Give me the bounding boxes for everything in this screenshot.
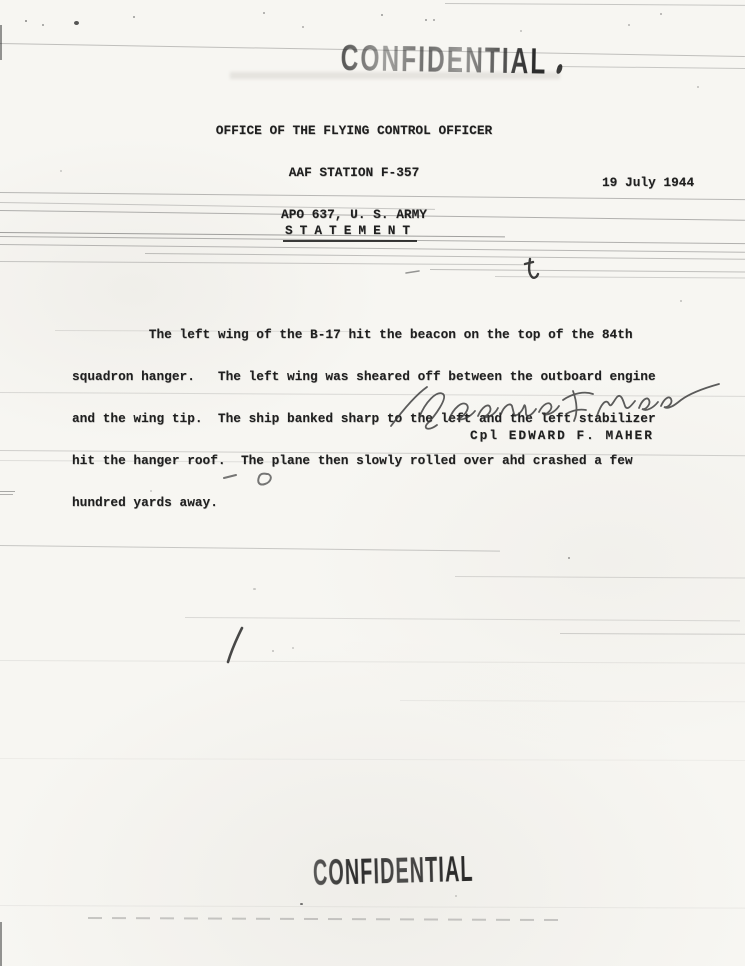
scan-edge-artifact bbox=[0, 922, 2, 966]
scan-speck bbox=[300, 903, 303, 905]
scan-speck bbox=[697, 86, 699, 88]
scan-streak bbox=[0, 244, 745, 253]
scan-streak bbox=[145, 253, 745, 260]
scan-streak bbox=[0, 545, 500, 552]
scan-streak bbox=[0, 758, 745, 761]
scan-streak bbox=[185, 617, 740, 621]
scan-speck bbox=[263, 12, 265, 14]
document-title: STATEMENT bbox=[283, 224, 417, 242]
small-dash-mark bbox=[404, 268, 422, 276]
scan-speck bbox=[425, 19, 427, 21]
pen-stroke-mark bbox=[215, 622, 251, 666]
body-line: hundred yards away. bbox=[72, 496, 722, 510]
scan-speck bbox=[272, 650, 274, 652]
body-line: The left wing of the B-17 hit the beacon… bbox=[72, 328, 722, 342]
date: 19 July 1944 bbox=[602, 176, 694, 190]
small-ink-mark bbox=[522, 256, 540, 284]
scan-speck bbox=[455, 895, 457, 897]
scribble-mark bbox=[220, 468, 290, 488]
handwritten-signature bbox=[383, 374, 728, 436]
confidential-stamp-top: CONFIDENTIAL bbox=[340, 40, 547, 80]
confidential-stamp-bottom: CONFIDENTIAL bbox=[313, 851, 474, 891]
scan-speck bbox=[60, 170, 62, 172]
scan-streak bbox=[0, 261, 525, 265]
scan-streak bbox=[0, 494, 13, 495]
scan-speck bbox=[302, 26, 304, 28]
letterhead-apo: APO 637, U. S. ARMY bbox=[215, 208, 493, 222]
scan-speck bbox=[42, 24, 44, 26]
letterhead: OFFICE OF THE FLYING CONTROL OFFICER AAF… bbox=[215, 96, 493, 236]
stamp-ink-blot bbox=[556, 64, 564, 75]
body-line: hit the hanger roof. The plane then slow… bbox=[72, 454, 722, 468]
scan-speck bbox=[520, 30, 522, 32]
scan-speck bbox=[433, 19, 435, 21]
scan-streak bbox=[430, 269, 745, 272]
scan-streak bbox=[560, 633, 745, 635]
scan-streak bbox=[88, 917, 560, 921]
scan-speck bbox=[381, 14, 383, 16]
scan-speck bbox=[568, 557, 570, 559]
scan-speck bbox=[25, 20, 27, 22]
scan-speck bbox=[292, 647, 294, 649]
scan-streak bbox=[0, 905, 745, 909]
scan-edge-artifact bbox=[0, 25, 2, 60]
scanned-document: { "page": { "colors": { "paper": "#f7f6f… bbox=[0, 0, 745, 966]
scan-streak bbox=[0, 660, 745, 664]
scan-speck bbox=[74, 21, 79, 25]
scan-streak bbox=[445, 3, 745, 6]
letterhead-office: OFFICE OF THE FLYING CONTROL OFFICER bbox=[215, 124, 493, 138]
scan-streak bbox=[455, 576, 745, 579]
letterhead-station: AAF STATION F-357 bbox=[215, 166, 493, 180]
scan-speck bbox=[628, 24, 630, 26]
scan-speck bbox=[133, 16, 135, 18]
scan-streak bbox=[0, 491, 15, 492]
scan-speck bbox=[660, 13, 662, 15]
scan-speck bbox=[253, 588, 256, 590]
scan-streak bbox=[558, 66, 745, 69]
scan-streak bbox=[400, 700, 745, 702]
